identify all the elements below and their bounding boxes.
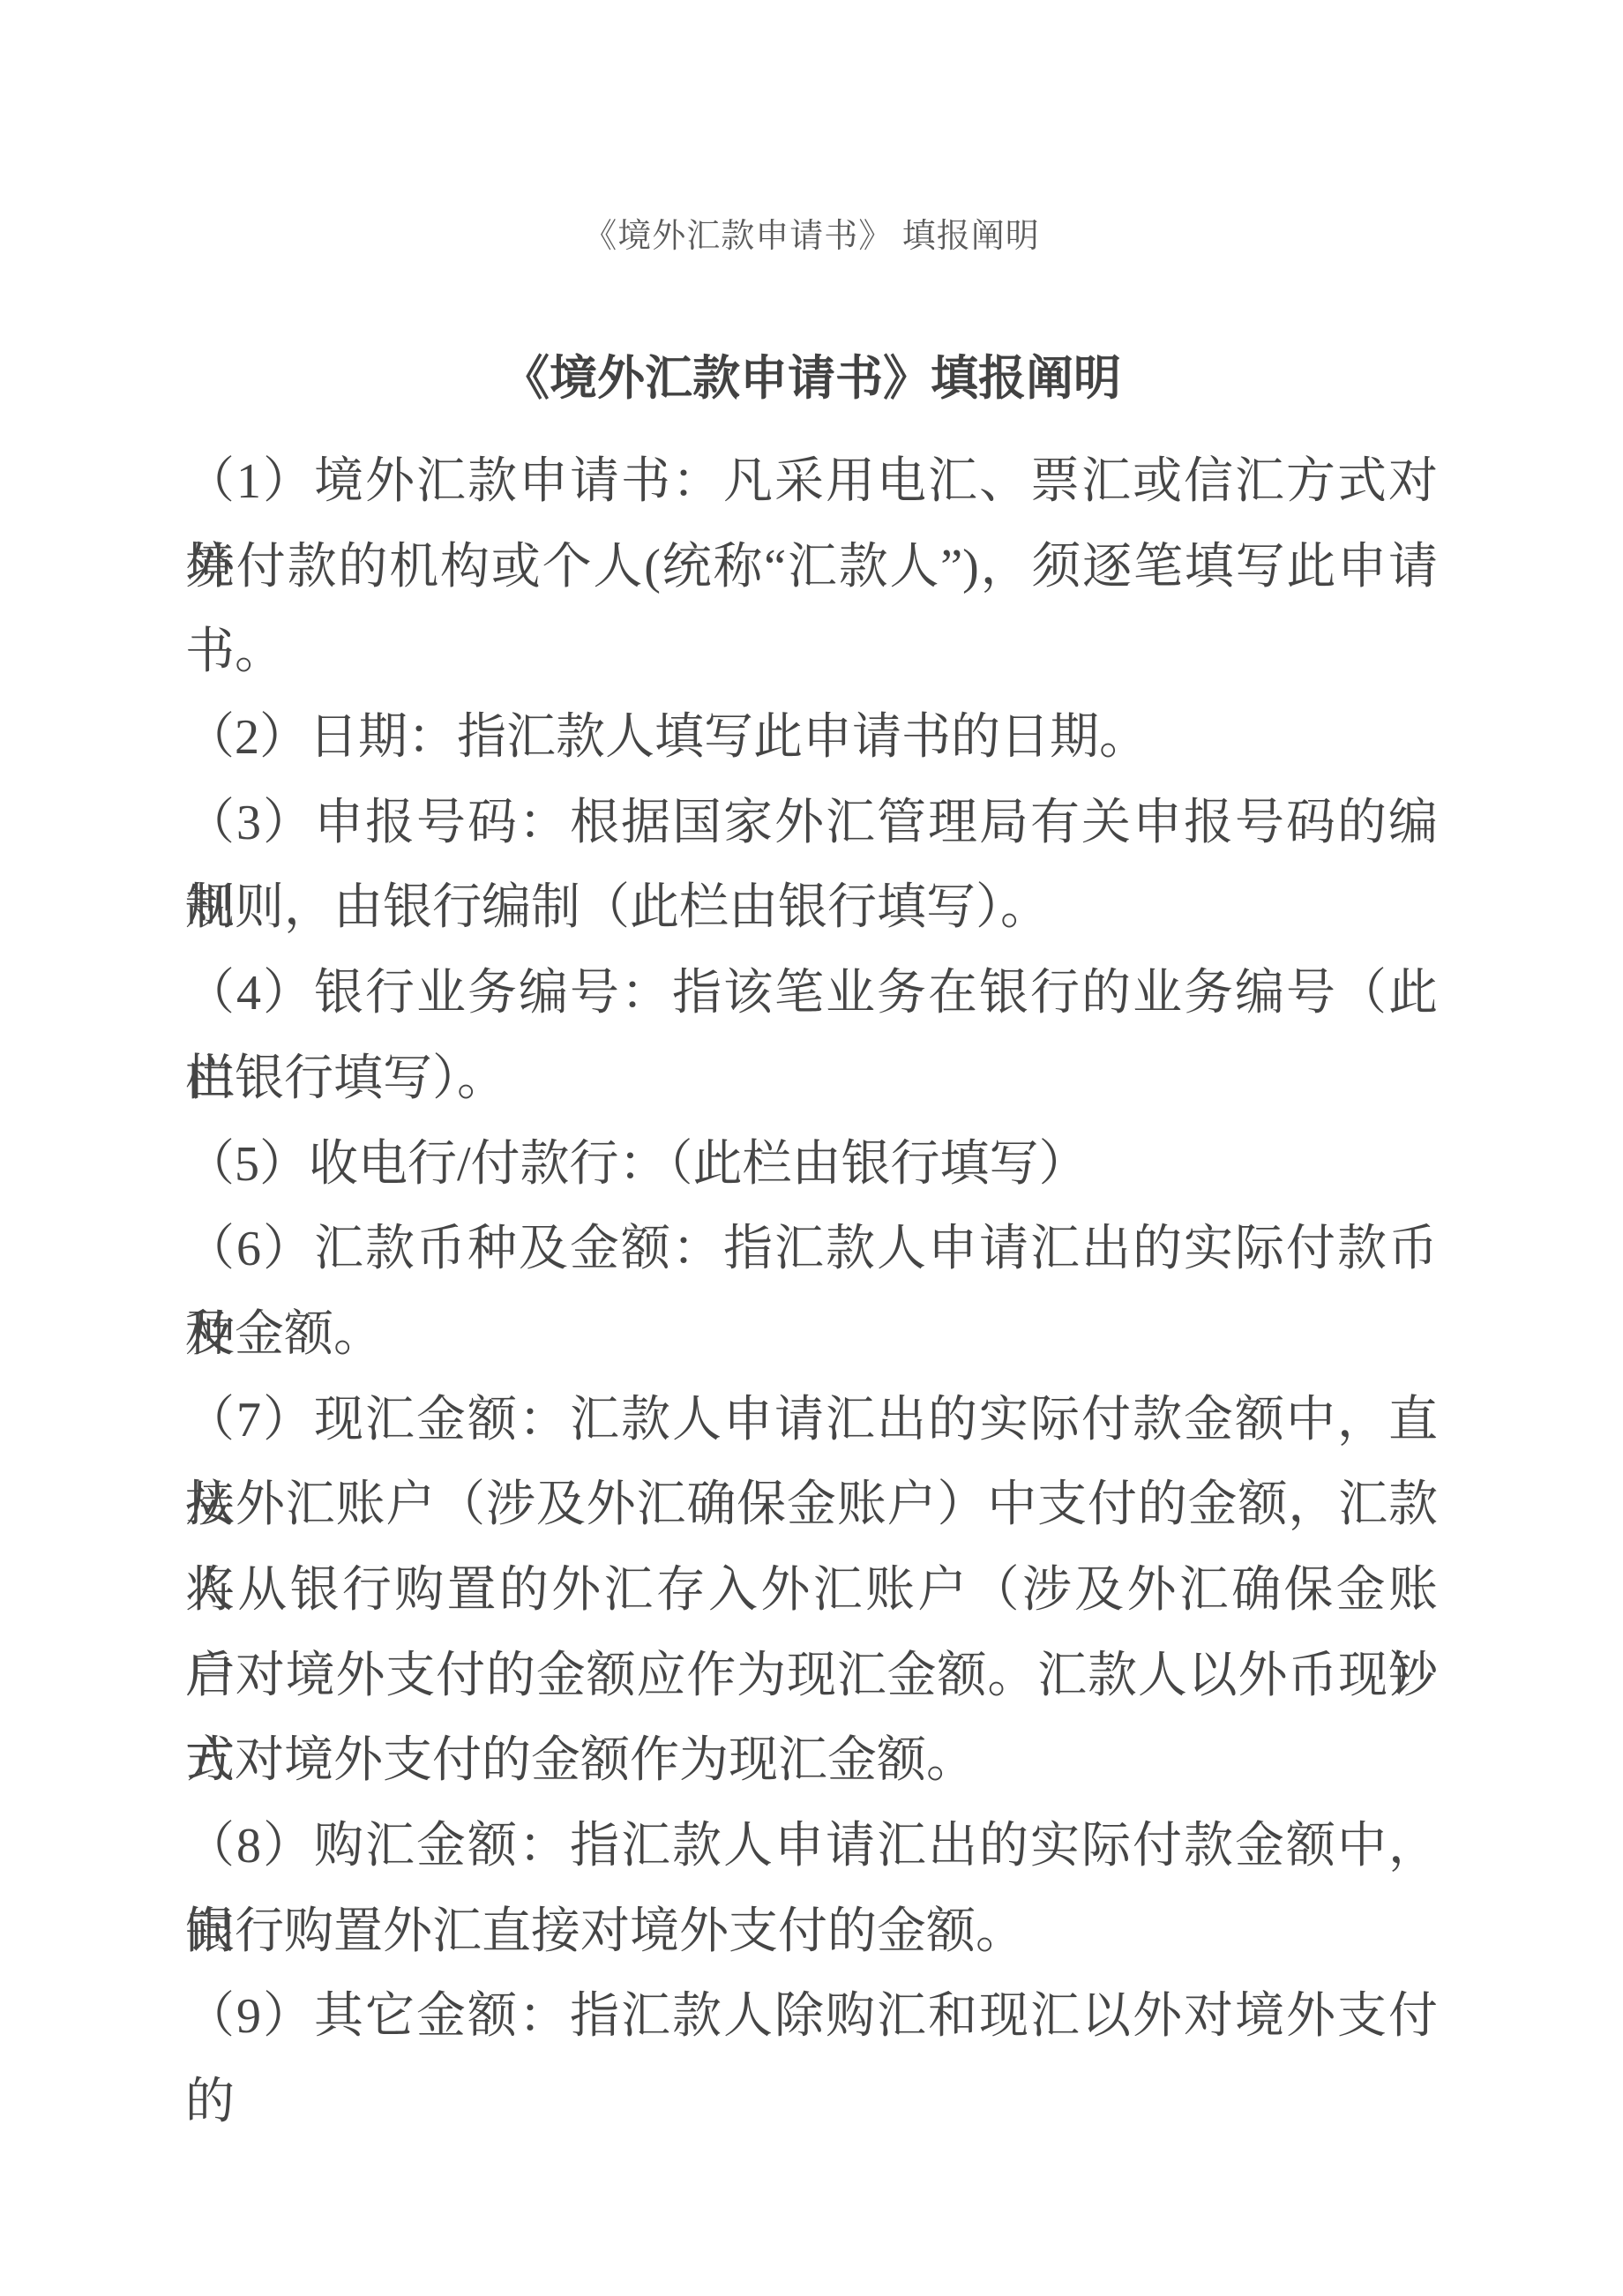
paragraph-line: 及金额。 <box>185 1292 1438 1378</box>
document-title: 《境外汇款申请书》填报阐明 <box>0 349 1623 408</box>
paragraph-line: 书。 <box>185 610 1438 695</box>
paragraph-line: 由银行填写）。 <box>185 1036 1438 1122</box>
page-header: 《境外汇款申请书》 填报阐明 <box>0 217 1623 256</box>
paragraph-line: （1）境外汇款申请书：凡采用电汇、票汇或信汇方式对境 <box>185 439 1438 525</box>
paragraph-line: （2）日期：指汇款人填写此申请书的日期。 <box>185 695 1438 781</box>
paragraph-line: （4）银行业务编号：指该笔业务在银行的业务编号（此栏 <box>185 951 1438 1036</box>
paragraph-line: （6）汇款币种及金额：指汇款人申请汇出的实际付款币种 <box>185 1207 1438 1292</box>
document-page: 《境外汇款申请书》 填报阐明 《境外汇款申请书》填报阐明 （1）境外汇款申请书：… <box>0 0 1623 2296</box>
paragraph-line: 银行购置外汇直接对境外支付的金额。 <box>185 1889 1438 1975</box>
paragraph-line: 式对境外支付的金额作为现汇金额。 <box>185 1718 1438 1804</box>
paragraph-line: 将从银行购置的外汇存入外汇账户（涉及外汇确保金账户） <box>185 1548 1438 1634</box>
document-body: （1）境外汇款申请书：凡采用电汇、票汇或信汇方式对境外付款的机构或个人(统称“汇… <box>185 439 1438 2060</box>
paragraph-line: 从外汇账户（涉及外汇确保金账户）中支付的金额，汇款人 <box>185 1462 1438 1548</box>
paragraph-line: 规则，由银行编制（此栏由银行填写）。 <box>185 865 1438 951</box>
paragraph-line: （7）现汇金额：汇款人申请汇出的实际付款金额中，直接 <box>185 1378 1438 1463</box>
paragraph-line: （5）收电行/付款行：（此栏由银行填写） <box>185 1122 1438 1208</box>
paragraph-line: （8）购汇金额：指汇款人申请汇出的实际付款金额中，向 <box>185 1804 1438 1889</box>
paragraph-line: 后对境外支付的金额应作为现汇金额。汇款人以外币现钞方 <box>185 1634 1438 1719</box>
paragraph-line: 外付款的机构或个人(统称“汇款人”)，须逐笔填写此申请 <box>185 525 1438 610</box>
paragraph-line: （3）申报号码：根据国家外汇管理局有关申报号码的编制 <box>185 781 1438 866</box>
paragraph-line: （9）其它金额：指汇款人除购汇和现汇以外对境外支付的 <box>185 1974 1438 2060</box>
